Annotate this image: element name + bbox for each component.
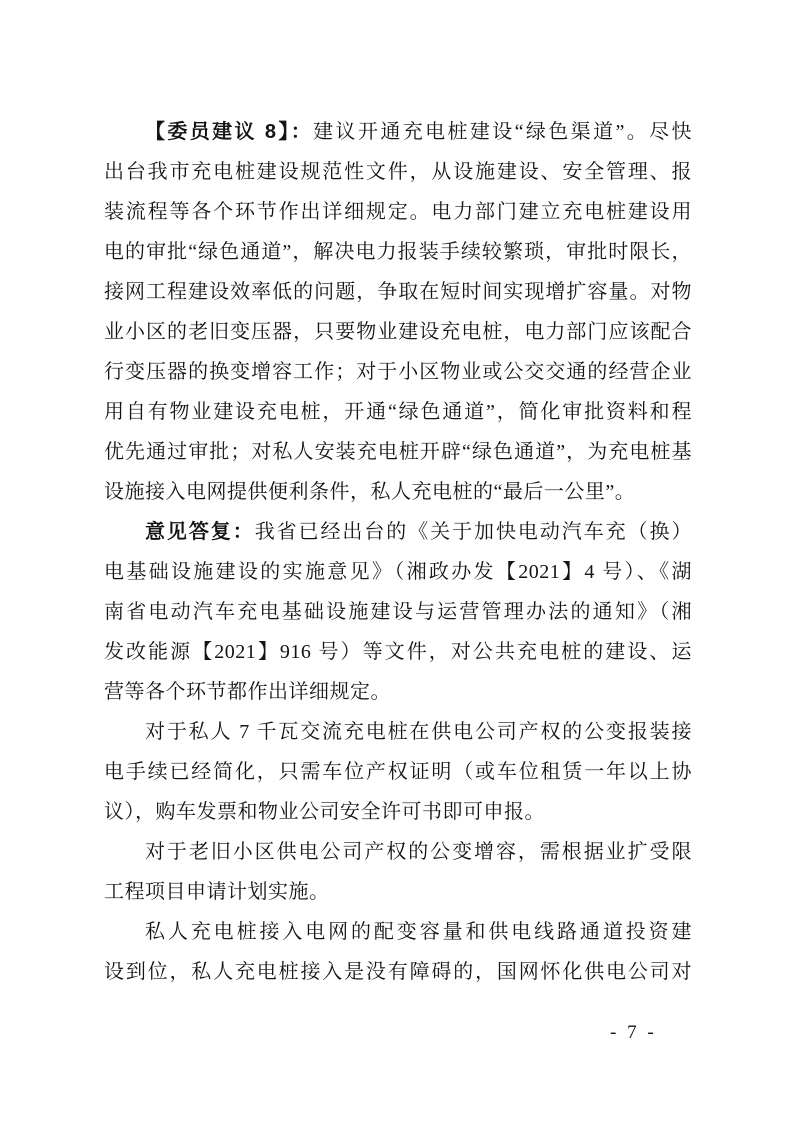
paragraph-grid-access: 私人充电桩接入电网的配变容量和供电线路通道投资建 设到位，私人充电桩接入是没有障… bbox=[104, 912, 692, 992]
text-line: 【委员建议 8】：建议开通充电桩建设“绿色渠道”。尽快 bbox=[104, 112, 692, 152]
text-line: 设施接入电网提供便利条件，私人充电桩的“最后一公里”。 bbox=[104, 472, 692, 512]
text-line: 电的审批“绿色通道”，解决电力报装手续较繁琐，审批时限长， bbox=[104, 232, 692, 272]
text-line: 意见答复：我省已经出台的《关于加快电动汽车充（换） bbox=[104, 512, 692, 552]
text-line: 议），购车发票和物业公司安全许可书即可申报。 bbox=[104, 792, 692, 832]
text-line: 南省电动汽车充电基础设施建设与运营管理办法的通知》（湘 bbox=[104, 592, 692, 632]
text-line: 用自有物业建设充电桩，开通“绿色通道”，简化审批资料和程序， bbox=[104, 392, 692, 432]
text-line: 行变压器的换变增容工作；对于小区物业或公交交通的经营企业利 bbox=[104, 352, 692, 392]
text-line: 发改能源【2021】916 号）等文件，对公共充电桩的建设、运 bbox=[104, 632, 692, 672]
text-line: 工程项目申请计划实施。 bbox=[104, 872, 692, 912]
text-line: 出台我市充电桩建设规范性文件，从设施建设、安全管理、报 bbox=[104, 152, 692, 192]
text-line: 营等各个环节都作出详细规定。 bbox=[104, 672, 692, 712]
line-text: 我省已经出台的《关于加快电动汽车充（换） bbox=[255, 521, 692, 543]
line-text: 建议开通充电桩建设“绿色渠道”。尽快 bbox=[313, 121, 692, 143]
paragraph-private-7kw: 对于私人 7 千瓦交流充电桩在供电公司产权的公变报装接 电手续已经简化，只需车位… bbox=[104, 712, 692, 832]
paragraph-old-community: 对于老旧小区供电公司产权的公变增容，需根据业扩受限 工程项目申请计划实施。 bbox=[104, 832, 692, 912]
text-line: 优先通过审批；对私人安装充电桩开辟“绿色通道”，为充电桩基础 bbox=[104, 432, 692, 472]
paragraph-suggestion-8: 【委员建议 8】：建议开通充电桩建设“绿色渠道”。尽快 出台我市充电桩建设规范性… bbox=[104, 112, 692, 512]
paragraph-lead-bold: 意见答复： bbox=[145, 521, 255, 543]
paragraph-reply: 意见答复：我省已经出台的《关于加快电动汽车充（换） 电基础设施建设的实施意见》（… bbox=[104, 512, 692, 712]
paragraph-lead-bold: 【委员建议 8】： bbox=[145, 121, 313, 143]
text-line: 对于老旧小区供电公司产权的公变增容，需根据业扩受限 bbox=[104, 832, 692, 872]
text-line: 私人充电桩接入电网的配变容量和供电线路通道投资建 bbox=[104, 912, 692, 952]
text-line: 业小区的老旧变压器，只要物业建设充电桩，电力部门应该配合进 bbox=[104, 312, 692, 352]
document-page: 【委员建议 8】：建议开通充电桩建设“绿色渠道”。尽快 出台我市充电桩建设规范性… bbox=[0, 0, 793, 1122]
text-line: 电手续已经简化，只需车位产权证明（或车位租赁一年以上协 bbox=[104, 752, 692, 792]
text-line: 接网工程建设效率低的问题，争取在短时间实现增扩容量。对物 bbox=[104, 272, 692, 312]
text-line: 设到位，私人充电桩接入是没有障碍的，国网怀化供电公司对 bbox=[104, 952, 692, 992]
page-number: - 7 - bbox=[610, 1020, 657, 1046]
document-body: 【委员建议 8】：建议开通充电桩建设“绿色渠道”。尽快 出台我市充电桩建设规范性… bbox=[104, 112, 692, 992]
text-line: 装流程等各个环节作出详细规定。电力部门建立充电桩建设用 bbox=[104, 192, 692, 232]
text-line: 对于私人 7 千瓦交流充电桩在供电公司产权的公变报装接 bbox=[104, 712, 692, 752]
text-line: 电基础设施建设的实施意见》（湘政办发【2021】4 号）、《湖 bbox=[104, 552, 692, 592]
